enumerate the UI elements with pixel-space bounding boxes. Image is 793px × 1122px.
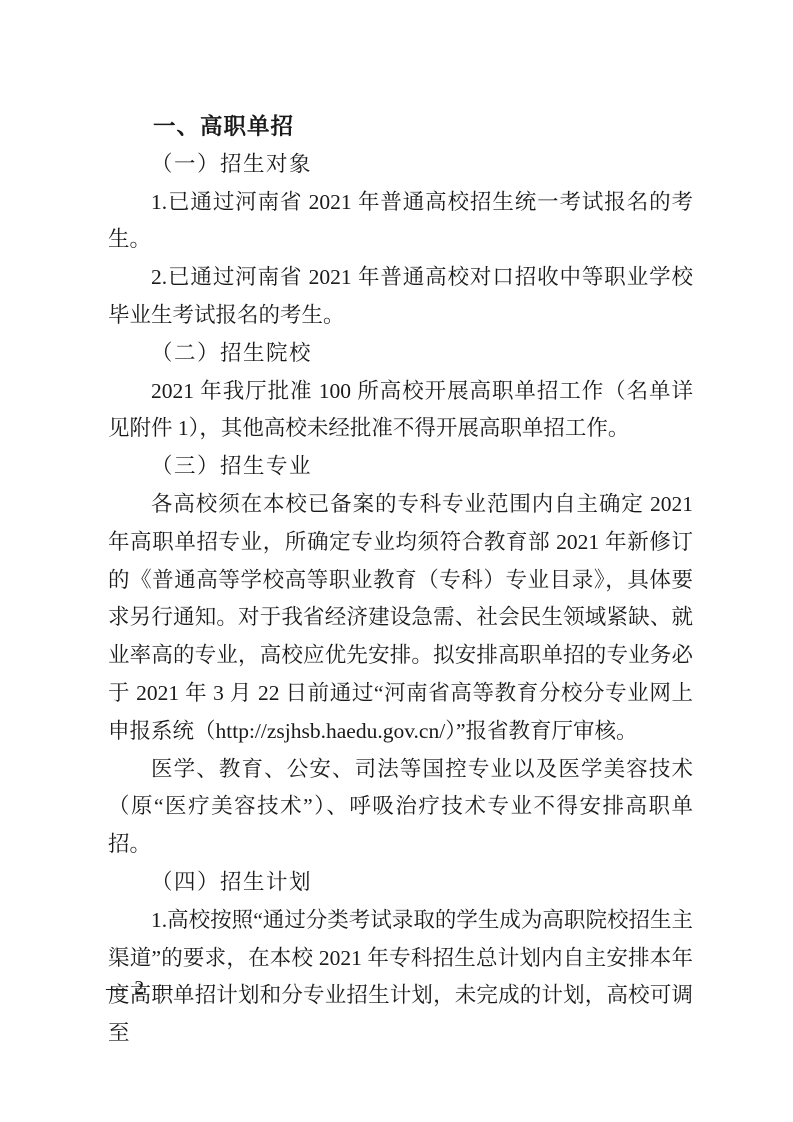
document-body: 一、高职单招（一）招生对象1.已通过河南省 2021 年普通高校招生统一考试报名…	[108, 108, 693, 1053]
paragraph: 2.已通过河南省 2021 年普通高校对口招收中等职业学校毕业生考试报名的考生。	[108, 259, 693, 335]
paragraph: 1.高校按照“通过分类考试录取的学生成为高职院校招生主渠道”的要求，在本校 20…	[108, 902, 693, 1053]
paragraph: 2021 年我厅批准 100 所高校开展高职单招工作（名单详见附件 1），其他高…	[108, 373, 693, 449]
subsection-heading: （三）招生专业	[108, 448, 693, 486]
paragraph: 各高校须在本校已备案的专科专业范围内自主确定 2021 年高职单招专业，所确定专…	[108, 486, 693, 751]
subsection-heading: （二）招生院校	[108, 335, 693, 373]
document-page: 一、高职单招（一）招生对象1.已通过河南省 2021 年普通高校招生统一考试报名…	[0, 0, 793, 1122]
subsection-heading: （一）招生对象	[108, 146, 693, 184]
page-number: — 2 —	[106, 974, 175, 1004]
paragraph: 1.已通过河南省 2021 年普通高校招生统一考试报名的考生。	[108, 184, 693, 260]
section-heading: 一、高职单招	[108, 108, 693, 146]
paragraph: 医学、教育、公安、司法等国控专业以及医学美容技术（原“医疗美容技术”）、呼吸治疗…	[108, 751, 693, 864]
subsection-heading: （四）招生计划	[108, 864, 693, 902]
